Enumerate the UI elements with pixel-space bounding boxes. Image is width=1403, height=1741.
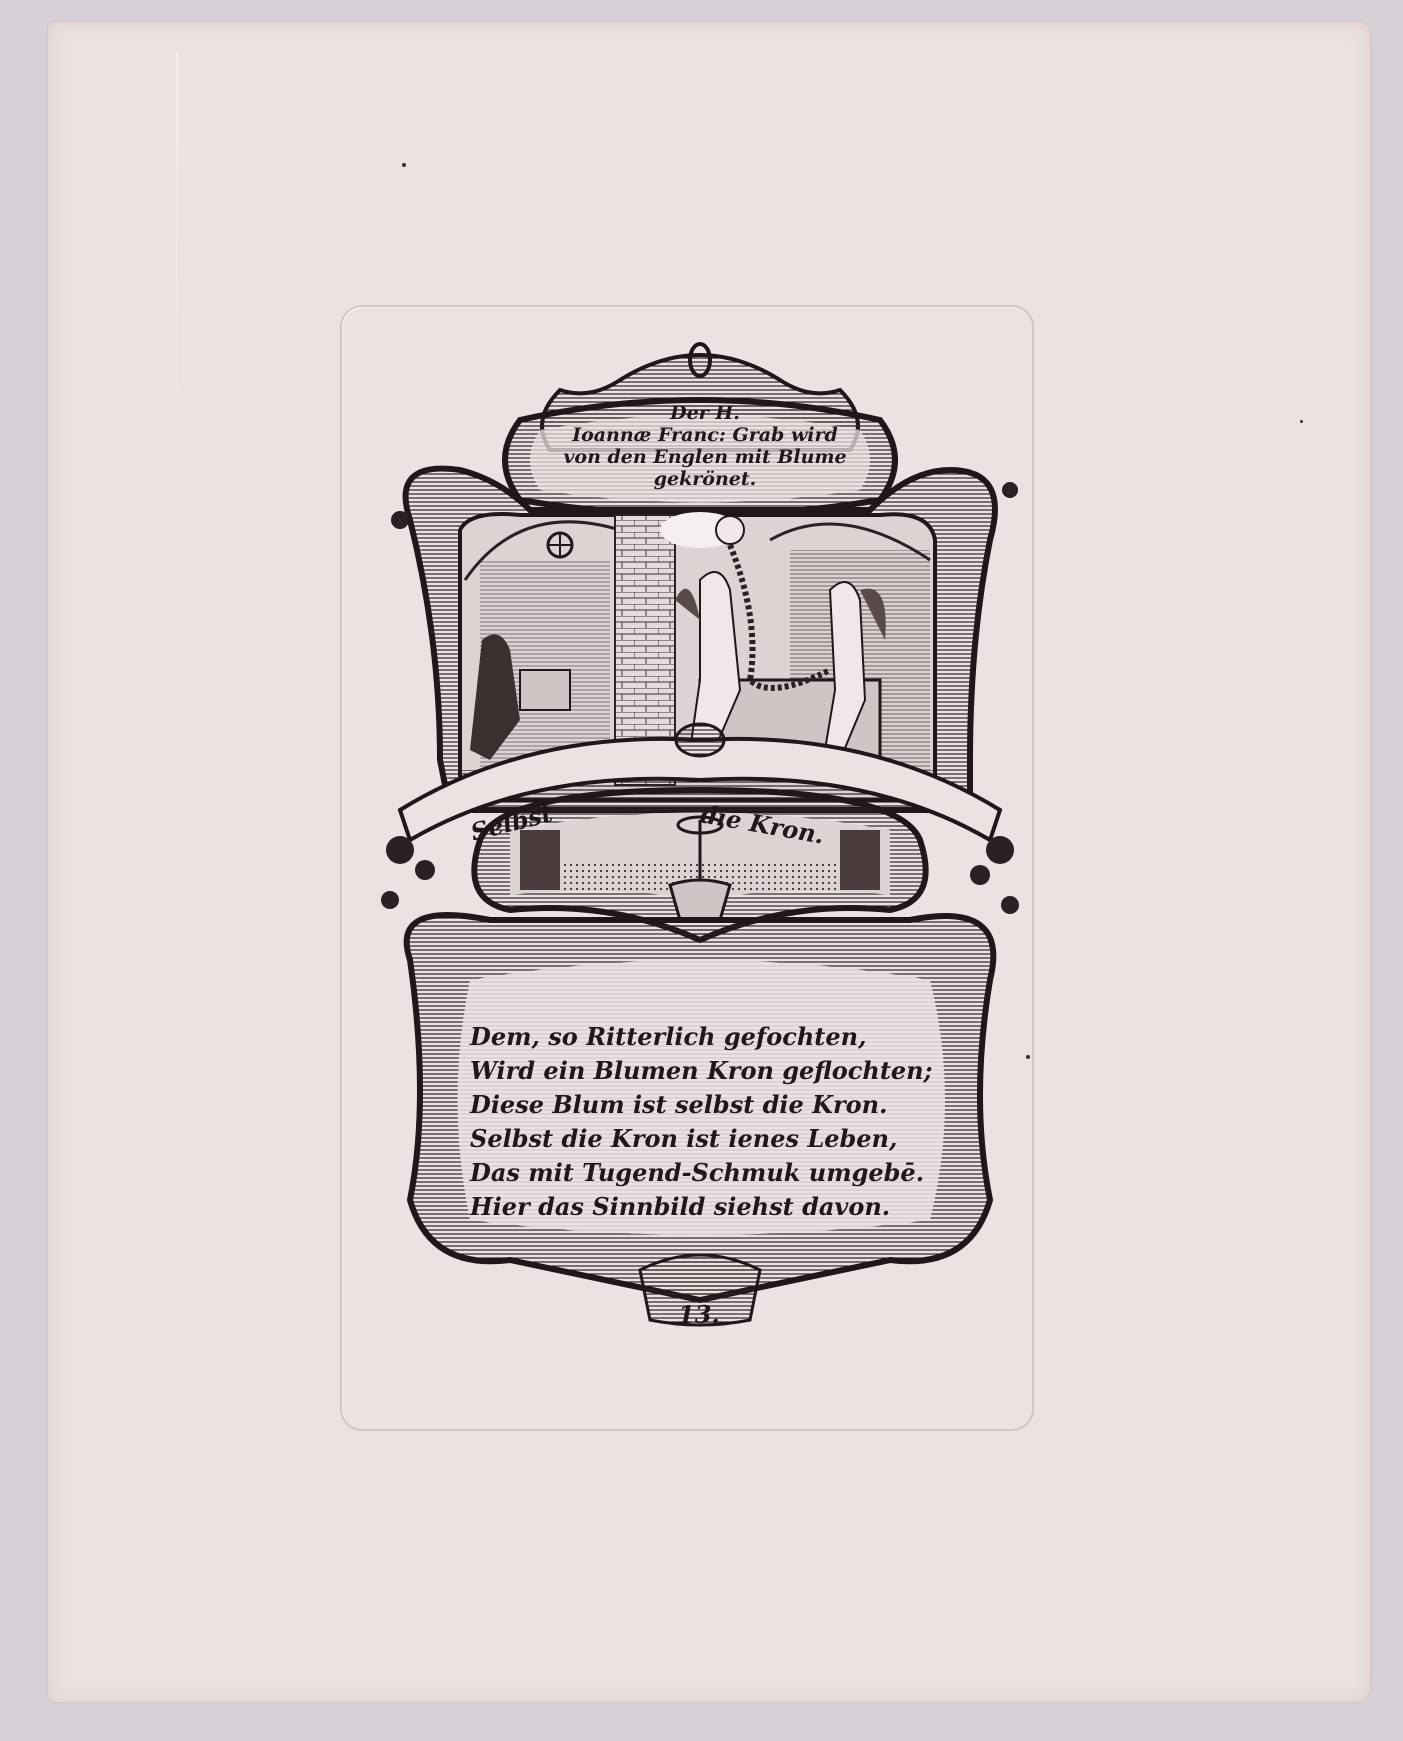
paper-fold-line (176, 52, 178, 472)
title-line: Ioannæ Franc: Grab wird (540, 424, 870, 446)
title-line: Der H. (540, 402, 870, 424)
verse-line: Selbst die Kron ist ienes Leben, (470, 1122, 930, 1156)
verse-line: Wird ein Blumen Kron geflochten; (470, 1054, 930, 1088)
verse-line: Diese Blum ist selbst die Kron. (470, 1088, 930, 1122)
verse-line: Dem, so Ritterlich gefochten, (470, 1020, 930, 1054)
paper-speck (402, 163, 406, 167)
paper-speck (1300, 420, 1303, 423)
title-line: gekrönet. (540, 468, 870, 490)
verse-line: Das mit Tugend-Schmuk umgebē. (470, 1156, 930, 1190)
engraving: Der H. Ioannæ Franc: Grab wird von den E… (370, 340, 1030, 1340)
verse-cartouche: Dem, so Ritterlich gefochten, Wird ein B… (470, 1020, 930, 1224)
plate-number: 13. (678, 1300, 720, 1329)
title-cartouche: Der H. Ioannæ Franc: Grab wird von den E… (540, 402, 870, 512)
verse-line: Hier das Sinnbild siehst davon. (470, 1190, 930, 1224)
title-line: von den Englen mit Blume (540, 446, 870, 468)
